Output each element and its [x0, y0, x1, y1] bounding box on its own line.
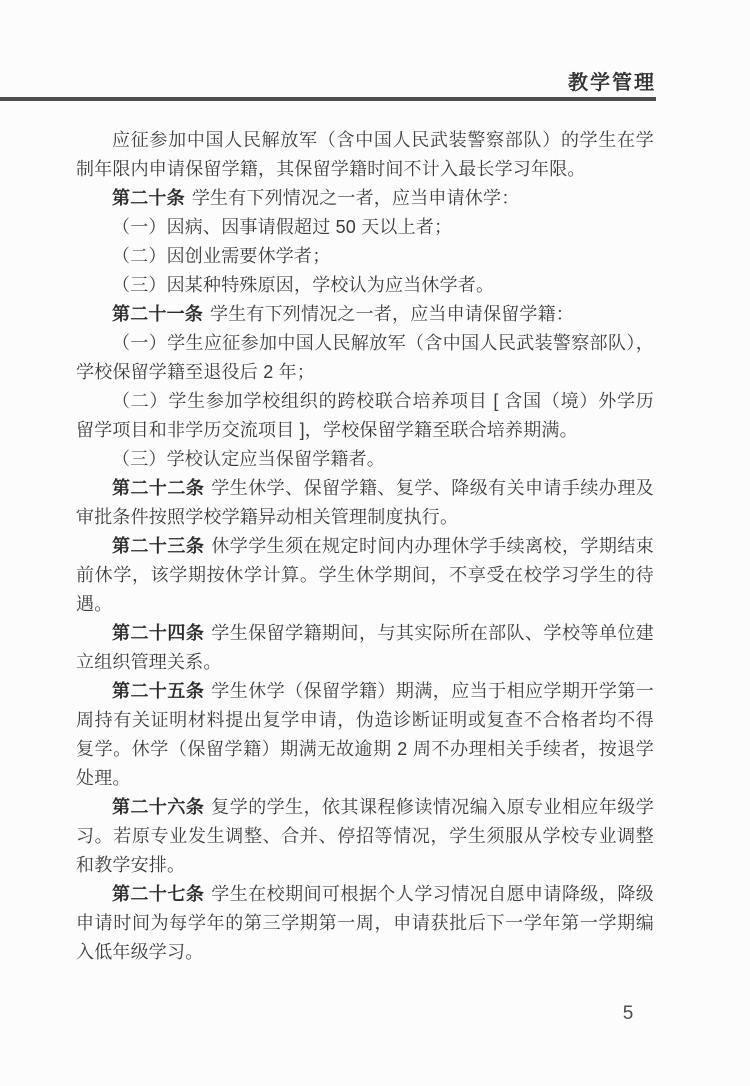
article-number: 第二十二条	[112, 478, 211, 498]
paragraph: 第二十一条学生有下列情况之一者，应当申请保留学籍：	[76, 300, 654, 329]
paragraph-text: （三）学校认定应当保留学籍者。	[112, 449, 385, 469]
paragraph-text: （二）学生参加学校组织的跨校联合培养项目 [ 含国（境）外学历留学项目和非学历交…	[76, 391, 654, 440]
article-number: 第二十五条	[112, 681, 211, 701]
paragraph: 第二十七条学生在校期间可根据个人学习情况自愿申请降级，降级申请时间为每学年的第三…	[76, 880, 654, 967]
document-body: 应征参加中国人民解放军（含中国人民武装警察部队）的学生在学制年限内申请保留学籍，…	[76, 126, 654, 967]
paragraph: （二）因创业需要休学者；	[76, 242, 654, 271]
paragraph: 第二十三条休学学生须在规定时间内办理休学手续离校，学期结束前休学，该学期按休学计…	[76, 532, 654, 619]
header-rule-divider	[0, 97, 656, 101]
paragraph: 第二十二条学生休学、保留学籍、复学、降级有关申请手续办理及审批条件按照学校学籍异…	[76, 474, 654, 532]
article-number: 第二十六条	[112, 797, 211, 817]
paragraph-text: （三）因某种特殊原因，学校认为应当休学者。	[112, 275, 494, 295]
paragraph: （三）因某种特殊原因，学校认为应当休学者。	[76, 271, 654, 300]
running-header-title: 教学管理	[568, 66, 656, 95]
paragraph-text: （二）因创业需要休学者；	[112, 246, 330, 266]
page-number: 5	[610, 1003, 646, 1025]
paragraph-text: （一）学生应征参加中国人民解放军（含中国人民武装警察部队），学校保留学籍至退役后…	[76, 333, 654, 382]
article-number: 第二十四条	[112, 623, 211, 643]
paragraph: 第二十五条学生休学（保留学籍）期满，应当于相应学期开学第一周持有关证明材料提出复…	[76, 677, 654, 793]
document-page: 教学管理 应征参加中国人民解放军（含中国人民武装警察部队）的学生在学制年限内申请…	[0, 0, 750, 1086]
paragraph-text: 学生有下列情况之一者，应当申请休学：	[192, 188, 520, 208]
paragraph: 应征参加中国人民解放军（含中国人民武装警察部队）的学生在学制年限内申请保留学籍，…	[76, 126, 654, 184]
paragraph: （二）学生参加学校组织的跨校联合培养项目 [ 含国（境）外学历留学项目和非学历交…	[76, 387, 654, 445]
paragraph: 第二十六条复学的学生，依其课程修读情况编入原专业相应年级学习。若原专业发生调整、…	[76, 793, 654, 880]
paragraph: （一）因病、因事请假超过 50 天以上者；	[76, 213, 654, 242]
article-number: 第二十七条	[112, 884, 211, 904]
paragraph-text: （一）因病、因事请假超过 50 天以上者；	[112, 217, 452, 237]
paragraph-text: 学生有下列情况之一者，应当申请保留学籍：	[210, 304, 574, 324]
paragraph: 第二十四条学生保留学籍期间，与其实际所在部队、学校等单位建立组织管理关系。	[76, 619, 654, 677]
article-number: 第二十一条	[112, 304, 210, 324]
paragraph-text: 应征参加中国人民解放军（含中国人民武装警察部队）的学生在学制年限内申请保留学籍，…	[76, 130, 654, 179]
article-number: 第二十条	[112, 188, 192, 208]
paragraph: 第二十条学生有下列情况之一者，应当申请休学：	[76, 184, 654, 213]
article-number: 第二十三条	[112, 536, 211, 556]
paragraph: （一）学生应征参加中国人民解放军（含中国人民武装警察部队），学校保留学籍至退役后…	[76, 329, 654, 387]
paragraph: （三）学校认定应当保留学籍者。	[76, 445, 654, 474]
